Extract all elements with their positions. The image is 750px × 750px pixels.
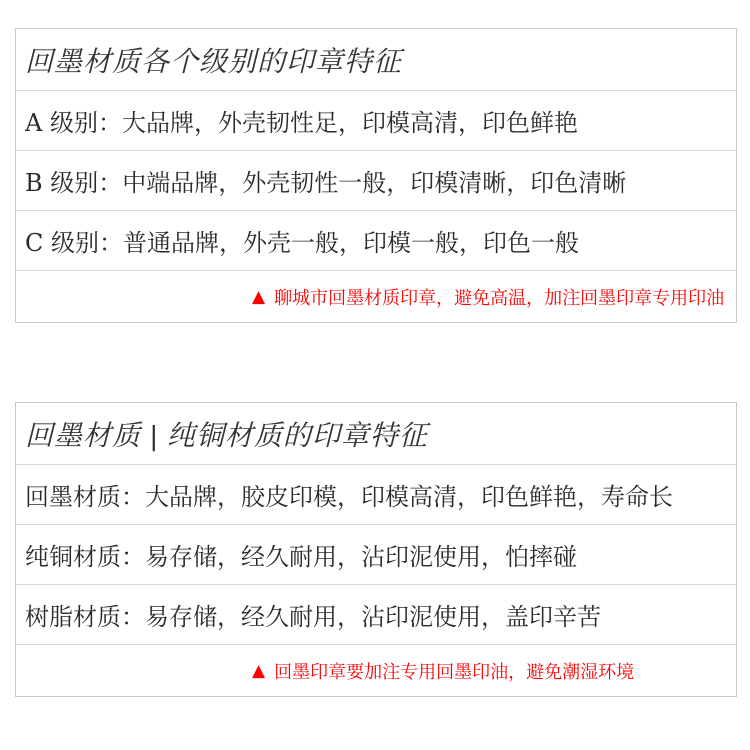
table-row: 回墨材质：大品牌，胶皮印模，印模高清，印色鲜艳，寿命长 xyxy=(16,465,736,525)
card-title: 回墨材质各个级别的印章特征 xyxy=(25,40,402,80)
card-title: 回墨材质 | 纯铜材质的印章特征 xyxy=(25,414,428,454)
seal-material-feature-card: 回墨材质 | 纯铜材质的印章特征 回墨材质：大品牌，胶皮印模，印模高清，印色鲜艳… xyxy=(15,402,737,697)
card-header: 回墨材质各个级别的印章特征 xyxy=(16,29,736,91)
table-row: C 级别：普通品牌，外壳一般，印模一般，印色一般 xyxy=(16,211,736,271)
row-text: 树脂材质：易存储，经久耐用，沾印泥使用，盖印辛苦 xyxy=(25,597,601,632)
table-row: B 级别：中端品牌，外壳韧性一般，印模清晰，印色清晰 xyxy=(16,151,736,211)
card-header: 回墨材质 | 纯铜材质的印章特征 xyxy=(16,403,736,465)
warning-triangle-icon: ▲ xyxy=(252,287,265,307)
row-text: A 级别：大品牌，外壳韧性足，印模高清，印色鲜艳 xyxy=(25,103,578,138)
row-text: 回墨材质：大品牌，胶皮印模，印模高清，印色鲜艳，寿命长 xyxy=(25,477,673,512)
warning-text: 回墨印章要加注专用回墨印油，避免潮湿环境 xyxy=(274,658,634,684)
table-row: A 级别：大品牌，外壳韧性足，印模高清，印色鲜艳 xyxy=(16,91,736,151)
warning-triangle-icon: ▲ xyxy=(252,661,265,681)
seal-grade-feature-card: 回墨材质各个级别的印章特征 A 级别：大品牌，外壳韧性足，印模高清，印色鲜艳 B… xyxy=(15,28,737,323)
row-text: C 级别：普通品牌，外壳一般，印模一般，印色一般 xyxy=(25,223,579,258)
row-text: B 级别：中端品牌，外壳韧性一般，印模清晰，印色清晰 xyxy=(25,163,626,198)
warning-note: ▲ 回墨印章要加注专用回墨印油，避免潮湿环境 xyxy=(16,645,736,696)
row-text: 纯铜材质：易存储，经久耐用，沾印泥使用，怕摔碰 xyxy=(25,537,577,572)
table-row: 纯铜材质：易存储，经久耐用，沾印泥使用，怕摔碰 xyxy=(16,525,736,585)
warning-text: 聊城市回墨材质印章，避免高温，加注回墨印章专用印油 xyxy=(274,284,724,310)
warning-note: ▲ 聊城市回墨材质印章，避免高温，加注回墨印章专用印油 xyxy=(16,271,736,322)
table-row: 树脂材质：易存储，经久耐用，沾印泥使用，盖印辛苦 xyxy=(16,585,736,645)
